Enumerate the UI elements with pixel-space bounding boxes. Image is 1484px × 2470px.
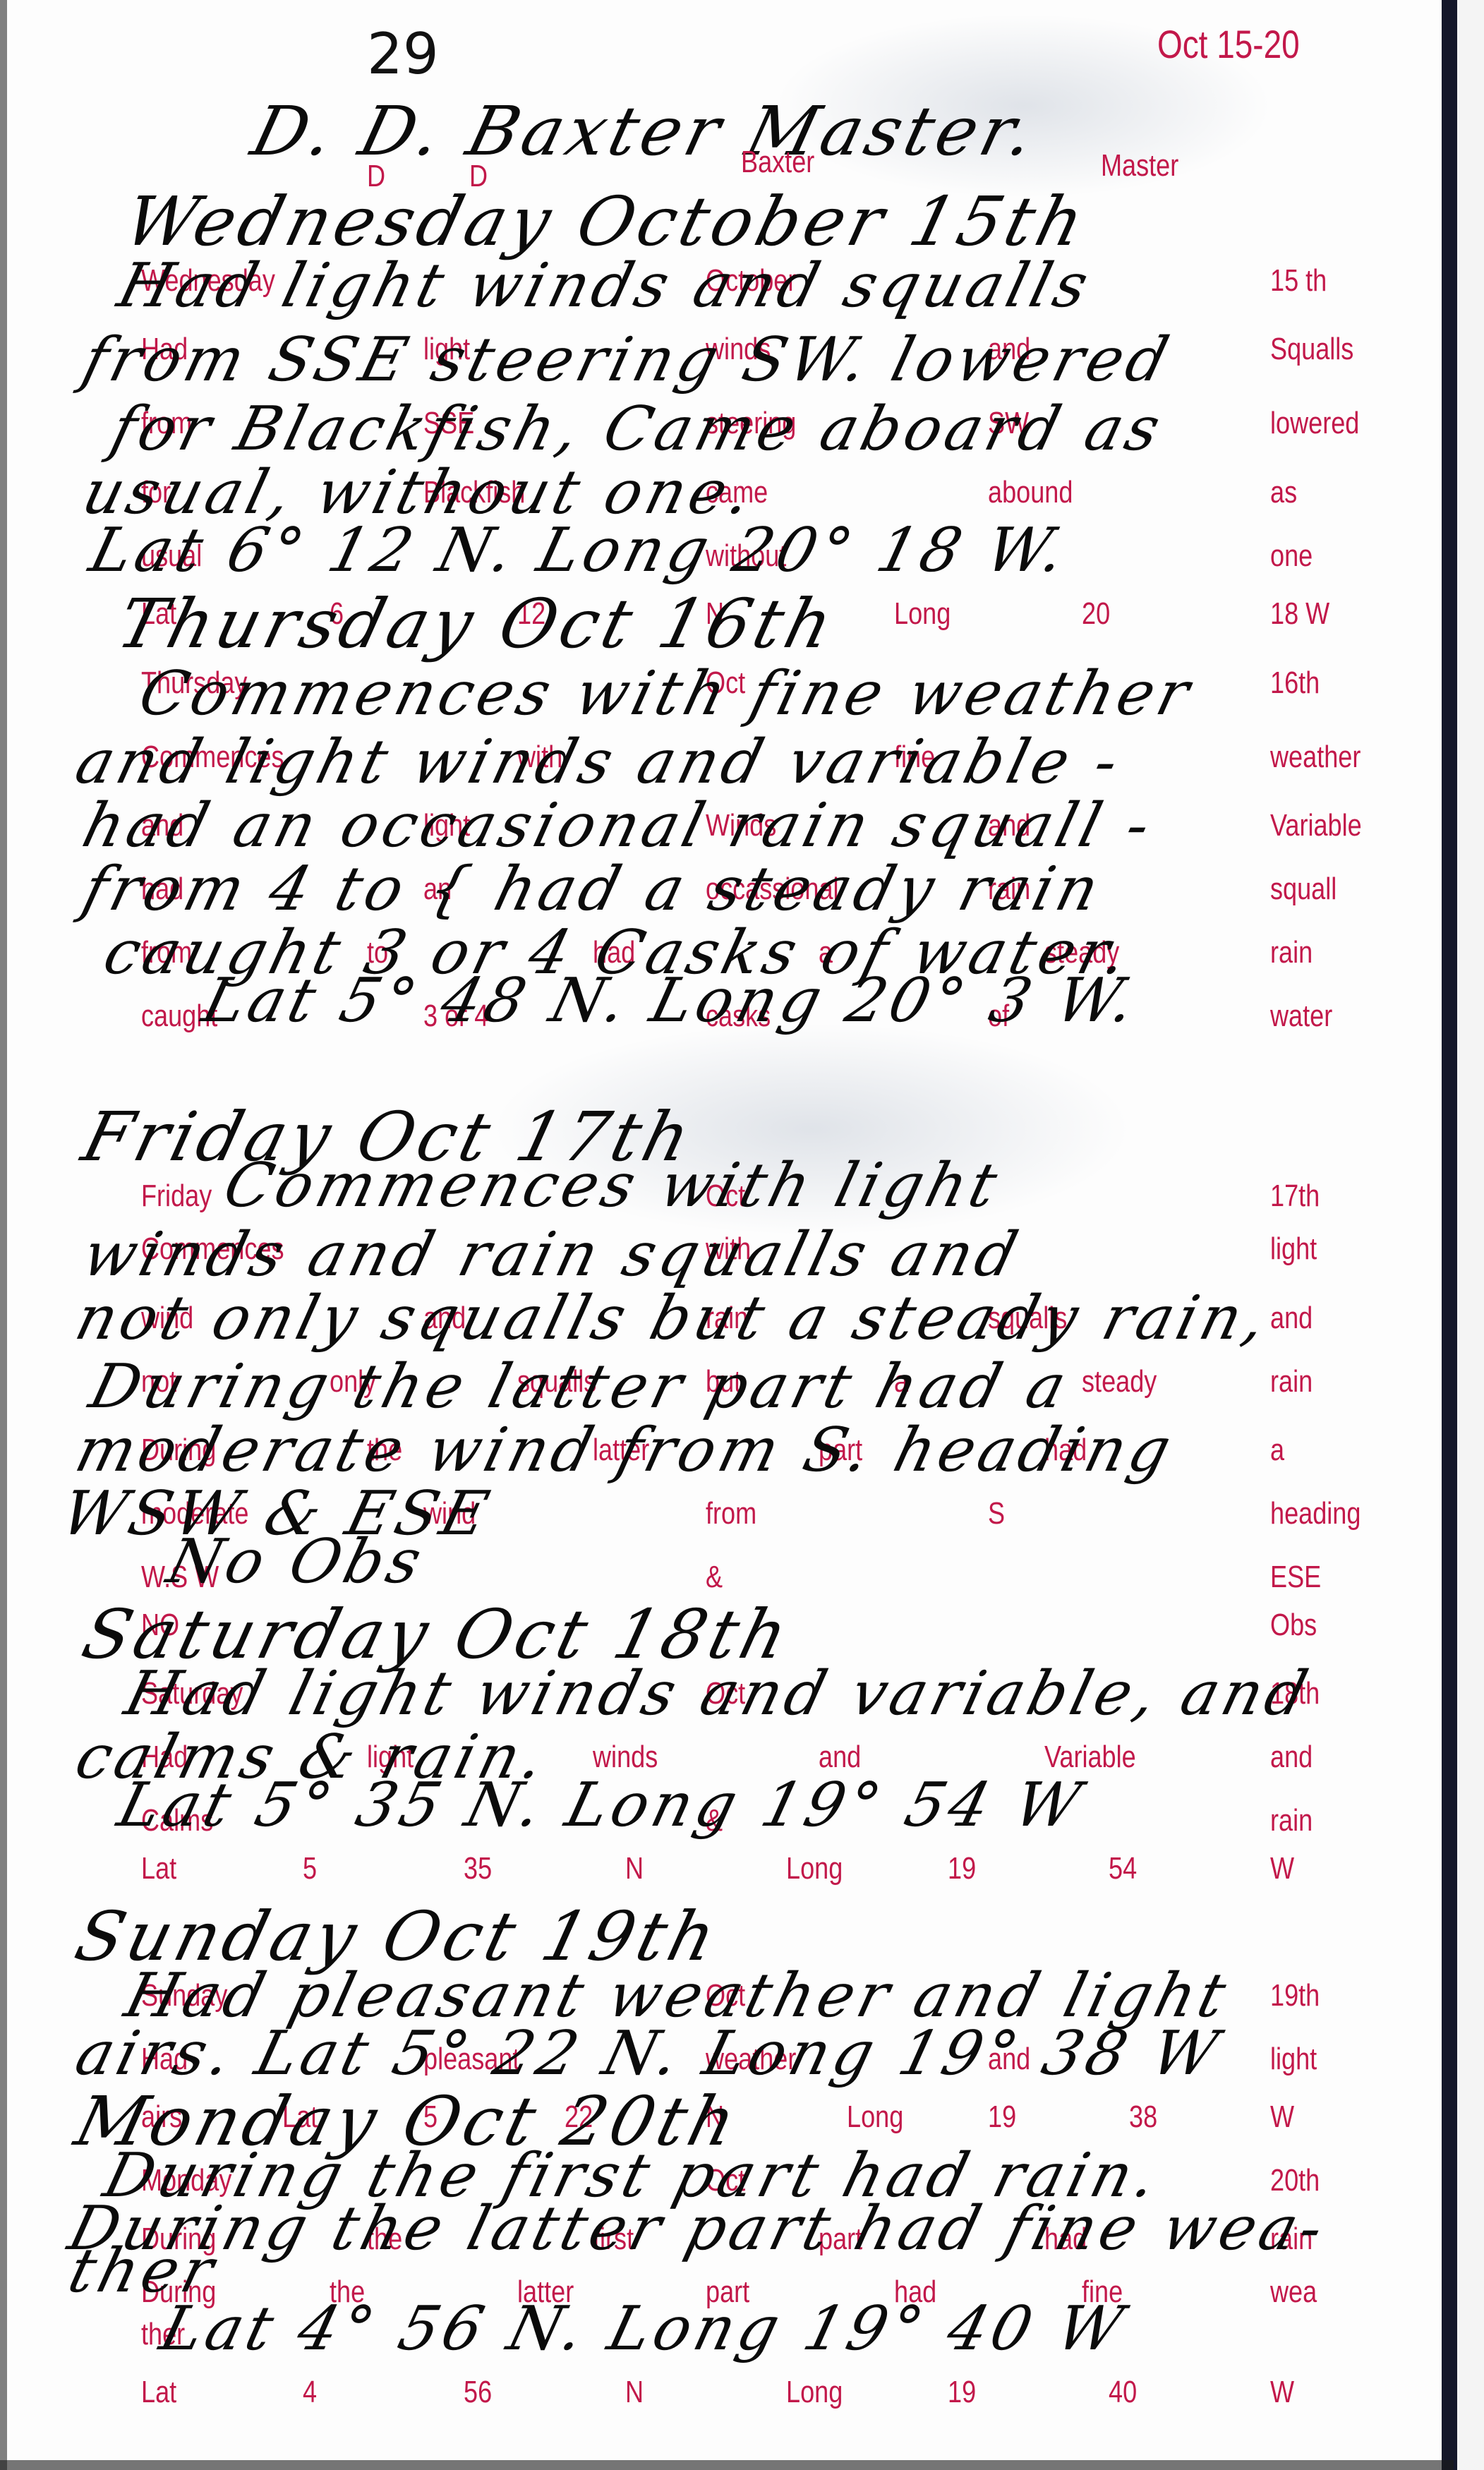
transcription-annotation: weather bbox=[1270, 740, 1361, 775]
transcription-annotation: W bbox=[1270, 1851, 1294, 1886]
transcription-annotation: W bbox=[1270, 2099, 1294, 2135]
log-line: Had light winds and squalls bbox=[111, 251, 1099, 321]
transcription-annotation: N bbox=[625, 2375, 644, 2410]
log-line: airs. Lat 5° 22 N. Long 19° 38 W bbox=[69, 2018, 1229, 2089]
log-line: Commences with light bbox=[217, 1150, 1008, 1221]
transcription-annotation: 16th bbox=[1270, 665, 1320, 701]
transcription-annotation: 18 W bbox=[1270, 596, 1329, 632]
transcription-annotation: Long bbox=[786, 1851, 843, 1886]
log-line: Lat 5° 48 N. Long 20° 3 W. bbox=[196, 965, 1147, 1036]
transcription-annotation: and bbox=[1270, 1301, 1313, 1336]
log-line: for Blackfish, Came aboard as bbox=[104, 394, 1171, 464]
transcription-annotation: abound bbox=[988, 475, 1073, 510]
transcription-annotation: 38 bbox=[1129, 2099, 1157, 2135]
log-line: No Obs bbox=[161, 1526, 433, 1597]
transcription-annotation: 19 bbox=[988, 2099, 1016, 2135]
binding-edge bbox=[1442, 0, 1457, 2470]
transcription-annotation: 19 bbox=[948, 1851, 976, 1886]
transcription-annotation: rain bbox=[1270, 1803, 1313, 1838]
transcription-annotation: 17th bbox=[1270, 1179, 1320, 1214]
transcription-annotation: 19th bbox=[1270, 1978, 1320, 2013]
transcription-annotation: S bbox=[988, 1496, 1005, 1531]
transcription-annotation: a bbox=[1270, 1433, 1284, 1468]
transcription-annotation: light bbox=[1270, 2042, 1317, 2077]
log-line: Had light winds and variable, and bbox=[119, 1658, 1319, 1729]
transcription-annotation: Long bbox=[786, 2375, 843, 2410]
logbook-page: 29 Oct 15-20 D. D. Baxter Master. D D Ba… bbox=[0, 0, 1484, 2470]
transcription-annotation: wea bbox=[1270, 2275, 1317, 2310]
transcription-annotation: 19 bbox=[948, 2375, 976, 2410]
log-line: winds and rain squalls and bbox=[76, 1219, 1029, 1290]
entry-date-heading: Thursday Oct 16th bbox=[110, 584, 844, 663]
log-line: Lat 4° 56 N. Long 19° 40 W bbox=[154, 2294, 1134, 2364]
transcription-annotation: one bbox=[1270, 538, 1313, 574]
transcription-annotation: 4 bbox=[303, 2375, 317, 2410]
entry-date-heading: Wednesday October 15th bbox=[117, 182, 1095, 261]
page-bottom-edge bbox=[0, 2460, 1454, 2470]
log-line: Commences with fine weather bbox=[133, 658, 1201, 729]
transcription-annotation: rain bbox=[1270, 935, 1313, 970]
log-line: During the latter part had a bbox=[83, 1351, 1078, 1422]
transcription-annotation: & bbox=[706, 1560, 723, 1595]
transcription-annotation: 5 bbox=[303, 1851, 317, 1886]
log-line: had an occasional rain squall - bbox=[76, 790, 1162, 861]
date-range-note: Oct 15-20 bbox=[1157, 21, 1300, 67]
transcription-annotation: from bbox=[706, 1496, 756, 1531]
log-line: and light winds and variable - bbox=[69, 727, 1130, 797]
transcription-annotation: Variable bbox=[1270, 808, 1362, 843]
log-line: Lat 6° 12 N. Long 20° 18 W. bbox=[83, 515, 1076, 586]
log-line: moderate wind from S. heading bbox=[69, 1415, 1182, 1486]
transcription-annotation: and bbox=[1270, 1740, 1313, 1775]
transcription-annotation: water bbox=[1270, 999, 1332, 1034]
transcription-annotation: light bbox=[1270, 1231, 1317, 1267]
transcription-annotation: Long bbox=[894, 596, 951, 632]
annotation: Baxter bbox=[741, 145, 814, 180]
transcription-annotation: squall bbox=[1270, 872, 1337, 907]
page-margin-right bbox=[1457, 0, 1484, 2470]
transcription-annotation: N bbox=[625, 1851, 644, 1886]
transcription-annotation: W bbox=[1270, 2375, 1294, 2410]
transcription-annotation: Friday bbox=[141, 1179, 212, 1214]
log-line: not only squalls but a steady rain, bbox=[69, 1283, 1277, 1354]
transcription-annotation: Squalls bbox=[1270, 332, 1353, 367]
transcription-annotation: 56 bbox=[464, 2375, 492, 2410]
log-line: from 4 to { had a steady rain bbox=[76, 854, 1110, 924]
transcription-annotation: Lat bbox=[141, 1851, 176, 1886]
transcription-annotation: 15 th bbox=[1270, 263, 1327, 299]
transcription-annotation: lowered bbox=[1270, 406, 1359, 441]
transcription-annotation: 35 bbox=[464, 1851, 492, 1886]
log-line: from SSE steering SW. lowered bbox=[76, 325, 1180, 395]
transcription-annotation: steady bbox=[1082, 1364, 1157, 1399]
transcription-annotation: 54 bbox=[1109, 1851, 1137, 1886]
transcription-annotation: as bbox=[1270, 475, 1297, 510]
transcription-annotation: Lat bbox=[141, 2375, 176, 2410]
log-line: During the latter part had fine wea- bbox=[62, 2193, 1334, 2264]
transcription-annotation: ESE bbox=[1270, 1560, 1321, 1595]
page-number: 29 bbox=[367, 21, 439, 87]
transcription-annotation: 20 bbox=[1082, 596, 1110, 632]
transcription-annotation: rain bbox=[1270, 1364, 1313, 1399]
transcription-annotation: heading bbox=[1270, 1496, 1361, 1531]
log-line: Lat 5° 35 N. Long 19° 54 W bbox=[111, 1770, 1092, 1841]
transcription-annotation: 40 bbox=[1109, 2375, 1137, 2410]
transcription-annotation: Long bbox=[847, 2099, 903, 2135]
page-left-edge bbox=[0, 0, 7, 2470]
annotation: Master bbox=[1101, 148, 1178, 183]
transcription-annotation: Obs bbox=[1270, 1608, 1317, 1643]
master-heading: D. D. Baxter Master. bbox=[244, 92, 1046, 171]
